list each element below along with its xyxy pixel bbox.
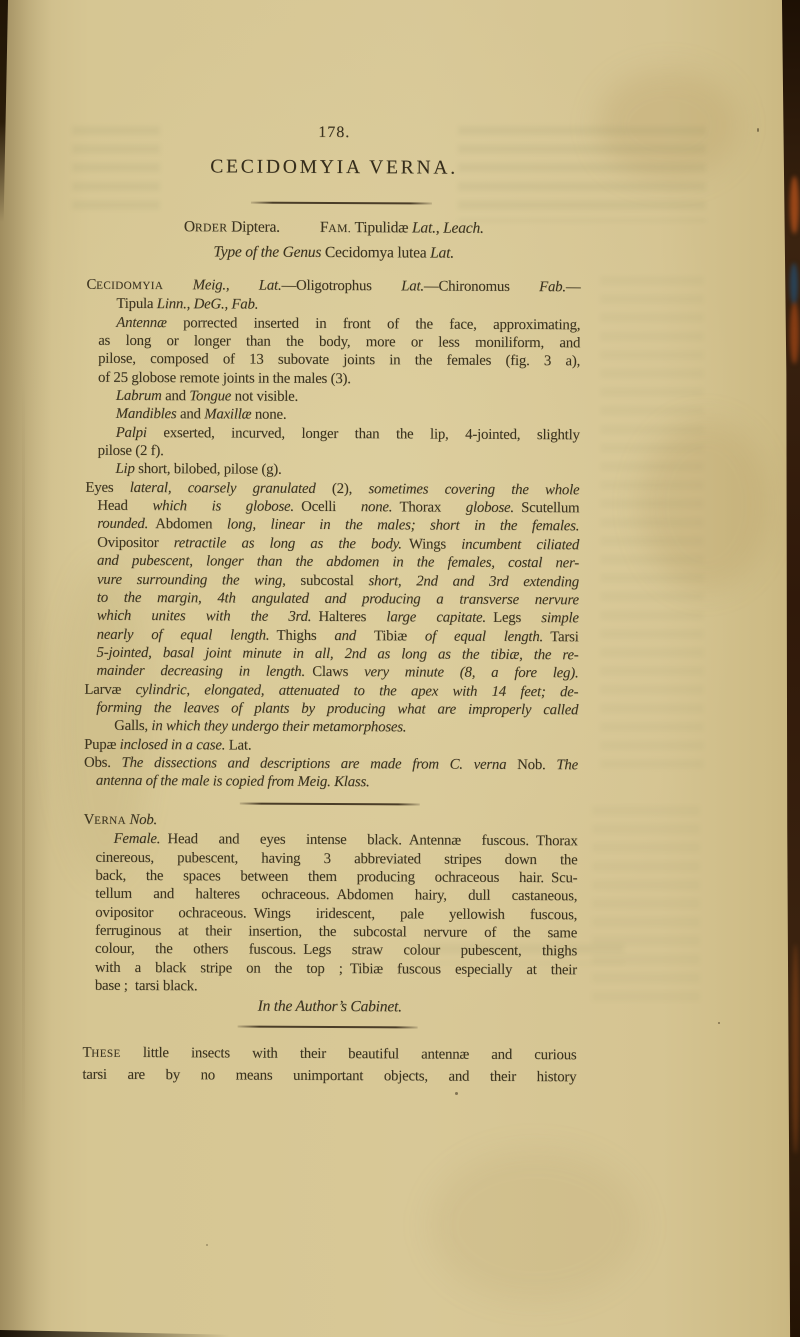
show-through-text xyxy=(592,806,700,1002)
text-line: nearly of equal length. Thighs and Tibiæ… xyxy=(85,625,579,646)
text-line: base ; tarsi black. xyxy=(83,977,577,998)
text-line: antenna of the male is copied from Meig.… xyxy=(84,772,578,793)
text-line: ORDER Diptera.FAM. Tipulidæ Lat., Leach. xyxy=(87,218,581,240)
text-line: THESE little insects with their beautifu… xyxy=(82,1043,576,1068)
text-line: vure surrounding the wing, subcostal sho… xyxy=(85,570,579,591)
marbled-edge-spot xyxy=(790,302,799,364)
text-line: Type of the Genus Cecidomya lutea Lat. xyxy=(87,243,581,264)
gutter-shadow xyxy=(0,0,52,1337)
paper-stain xyxy=(430,1150,640,1300)
dust-speck xyxy=(455,1092,458,1095)
text-line: VERNA Nob. xyxy=(84,811,578,833)
dust-speck xyxy=(206,1244,208,1246)
dust-speck xyxy=(757,128,759,132)
text-line: and pubescent, longer than the abdomen i… xyxy=(85,552,579,573)
section-rule xyxy=(238,1026,418,1029)
text-line: which unites with the 3rd. Halteres larg… xyxy=(85,607,579,628)
text-line: pilose, composed of 13 subovate joints i… xyxy=(86,350,580,371)
cabinet-line: In the Author’s Cabinet. xyxy=(83,997,577,1018)
marbled-edge-spot xyxy=(790,176,799,234)
text-line: CECIDOMYIA Meig., Lat.—Oligotrophus Lat.… xyxy=(86,276,580,298)
species-description-block: VERNA Nob.Female. Head and eyes intense … xyxy=(83,811,578,998)
section-rule xyxy=(240,803,420,806)
text-line: mainder decreasing in length. Claws very… xyxy=(84,662,578,683)
genus-type-line: Type of the Genus Cecidomya lutea Lat. xyxy=(87,243,581,264)
text-line: rounded. Abdomen long, linear in the mal… xyxy=(85,515,579,536)
text-line: Larvæ cylindric, elongated, attenuated t… xyxy=(84,680,578,701)
genus-description-block: CECIDOMYIA Meig., Lat.—Oligotrophus Lat.… xyxy=(84,276,581,793)
text-line: Female. Head and eyes intense black. Ant… xyxy=(84,830,578,851)
text-line: Galls, in which they undergo their metam… xyxy=(84,717,578,738)
heading-rule xyxy=(251,202,432,205)
show-through-text xyxy=(600,276,704,770)
text-line: tarsi are by no means unimportant object… xyxy=(82,1065,576,1089)
dust-speck xyxy=(718,1022,720,1024)
text-line: colour, the others fuscous. Legs straw c… xyxy=(83,940,577,961)
text-line: Mandibles and Maxillæ none. xyxy=(86,405,580,426)
text-line: tellum and halteres ochraceous. Abdomen … xyxy=(83,885,577,906)
order-family-line: ORDER Diptera.FAM. Tipulidæ Lat., Leach. xyxy=(87,218,581,240)
text-line: Lip short, bilobed, pilose (g). xyxy=(85,460,579,481)
closing-paragraph-block: THESE little insects with their beautifu… xyxy=(82,1043,576,1089)
type-area: 178. CECIDOMYIA VERNA. ORDER Diptera.FAM… xyxy=(88,0,582,1)
page-crease xyxy=(22,380,25,1140)
text-line: Tipula Linn., DeG., Fab. xyxy=(86,295,580,316)
marbled-edge-spot xyxy=(790,263,798,305)
marbled-edge-spot xyxy=(792,944,799,1154)
book-page-scan: 178. CECIDOMYIA VERNA. ORDER Diptera.FAM… xyxy=(0,0,800,1337)
text-line: In the Author’s Cabinet. xyxy=(83,997,577,1018)
species-title: CECIDOMYIA VERNA. xyxy=(87,156,581,181)
page-number: 178. xyxy=(87,123,581,144)
